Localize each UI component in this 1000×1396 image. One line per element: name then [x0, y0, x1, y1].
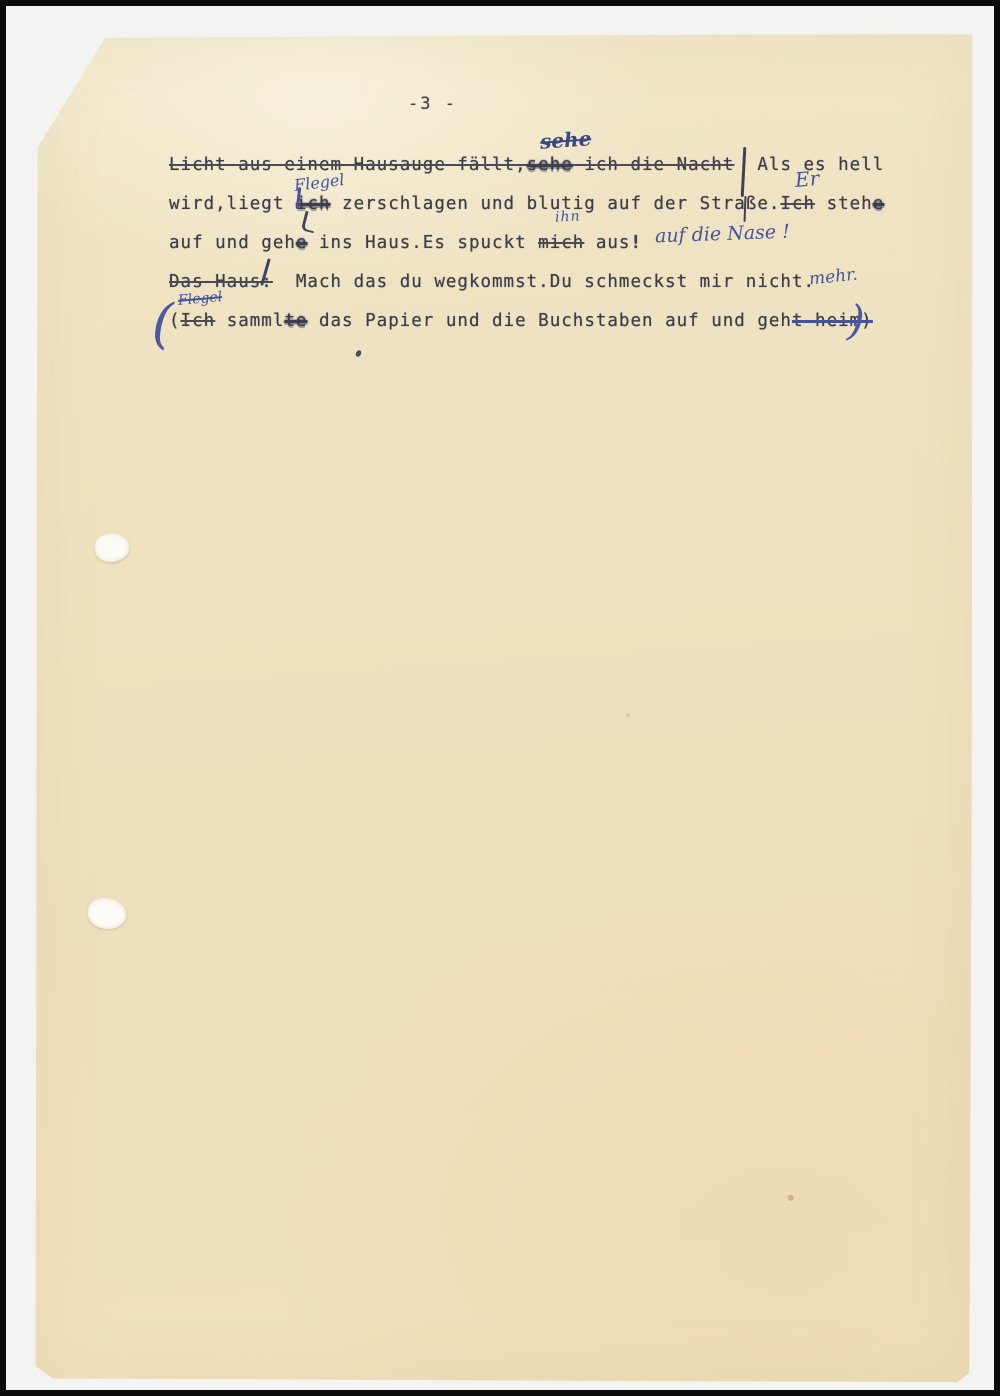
paper-stain	[626, 713, 630, 717]
typed-text-block: Licht aus einem Hausauge fällt,sehe ich …	[169, 146, 884, 341]
typed-text: Mach das du wegkommst.Du schmeckst mir n…	[273, 272, 815, 292]
typed-text: wird,liegt	[169, 194, 296, 214]
page-number: -3 -	[408, 94, 457, 114]
struck-text: Ich	[780, 194, 815, 214]
typed-text: aus	[584, 233, 630, 253]
handwritten-insertion-auf-die-nase: auf die Nase !	[655, 221, 790, 248]
struck-text: mich	[538, 233, 584, 253]
punch-hole-patch-top	[93, 531, 132, 565]
paper-stain	[788, 1195, 794, 1201]
typed-exclamation-mark: !	[630, 233, 642, 253]
handwritten-correction-ihn: ihn	[555, 208, 581, 225]
typed-line: (Ich sammlte das Papier und die Buchstab…	[169, 302, 884, 341]
handwritten-correction-sehe: sehe	[539, 126, 592, 154]
handwritten-close-parenthesis: )	[846, 295, 866, 345]
scan-background: -3 - Licht aus einem Hausauge fällt,sehe…	[0, 0, 1000, 1396]
handwritten-open-parenthesis: (	[151, 292, 174, 356]
struck-text: Licht aus einem Hausauge fällt,	[169, 155, 527, 175]
typed-text: steh	[815, 194, 873, 214]
typed-text: auf und geh	[169, 233, 296, 253]
typed-text: samml	[215, 311, 284, 331]
struck-text: ich die Nacht	[573, 155, 735, 175]
overstruck-text: e	[296, 233, 308, 253]
typed-text: ins Haus.Es spuckt	[307, 233, 538, 253]
overstruck-text: ich	[296, 194, 331, 214]
typed-text: das Papier und die Buchstaben auf und ge…	[307, 311, 792, 331]
typed-line: Licht aus einem Hausauge fällt,sehe ich …	[169, 146, 884, 185]
typed-line: Das Haus: Mach das du wegkommst.Du schme…	[169, 263, 884, 302]
handwritten-correction-er: Er	[794, 166, 820, 192]
struck-text: Ich	[181, 311, 216, 331]
typed-line: wird,liegt ich zerschlagen und blutig au…	[169, 185, 884, 224]
overstruck-text: te	[284, 311, 307, 331]
overstruck-text: sehe	[527, 155, 573, 175]
overstruck-text: e	[873, 194, 885, 214]
punch-hole-patch-bottom	[86, 896, 128, 930]
